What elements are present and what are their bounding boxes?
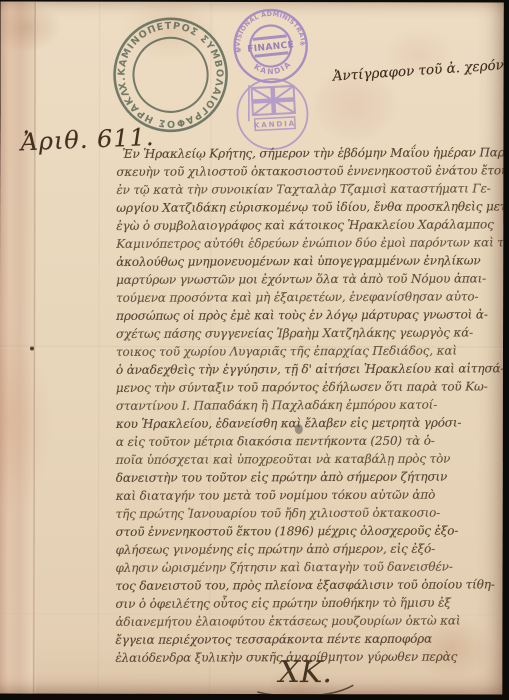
manuscript-line: σχέτως πάσης συγγενείας Ἰβραὴμ Χατζηλάκη… bbox=[116, 325, 502, 342]
manuscript-line: τος δανειστοῦ του, πρὸς πλείονα ἐξασφάλι… bbox=[115, 577, 501, 594]
finance-star-left: ✻ bbox=[236, 47, 242, 54]
manuscript-line: σκευὴν τοῦ χιλιοστοῦ ὀκτακοσιοστοῦ ἐννεν… bbox=[116, 163, 502, 180]
manuscript-line: ἐγὼ ὁ συμβολαιογράφος καὶ κάτοικος Ἡρακλ… bbox=[116, 217, 502, 234]
manuscript-line: ἐν τῷ κατὰ τὴν συνοικίαν Ταχταλὰρ Τζαμισ… bbox=[116, 181, 502, 198]
manuscript-line: Ἐν Ἡρακλείῳ Κρήτης, σήμερον τὴν ἑβδόμην … bbox=[122, 145, 503, 162]
finance-star-right: ✻ bbox=[299, 41, 305, 48]
ink-spot bbox=[30, 347, 34, 351]
manuscript-line: α εἰς τοῦτον μέτρια διακόσια πεντήκοντα … bbox=[116, 433, 502, 450]
manuscript-line: φλήσεως γινομένης εἰς πρώτην ἀπὸ σήμερον… bbox=[116, 541, 502, 558]
monogram-initials: ΧΚ. bbox=[277, 655, 332, 690]
fold-crease-vertical bbox=[97, 2, 100, 694]
manuscript-line: τοικος τοῦ χωρίου Λυγαριᾶς τῆς ἐπαρχίας … bbox=[116, 343, 502, 360]
manuscript-line: κου Ἡρακλείου, ἐδανείσθη καὶ ἔλαβεν εἰς … bbox=[116, 415, 502, 432]
manuscript-line: Καμινόπετρος αὐτόθι ἑδρεύων ἐνώπιον δύο … bbox=[116, 235, 502, 252]
manuscript-line: μαρτύρων γνωστῶν μοι ἐχόντων ὅλα τὰ ἀπὸ … bbox=[116, 271, 502, 288]
manuscript-line: στοῦ ἐννενηκοστοῦ ἕκτου (1896) μέχρις ὁλ… bbox=[116, 523, 502, 540]
union-jack-flag-icon bbox=[247, 83, 295, 121]
scanned-document: Χ.ΚΑΜΙΝΟΠΕΤΡΟΣ ΣΥΜΒΟΛΑΙΟΓΡΑΦΟΣ ΗΡΑΚΛΕΙΩ … bbox=[0, 0, 509, 700]
finance-bar-top bbox=[253, 36, 287, 39]
manuscript-line: σταντίνου Ι. Παπαδάκη ἢ Παχλαδάκη ἐμπόρο… bbox=[116, 397, 502, 414]
manuscript-line: ὁ ἀναδεχθεὶς τὴν ἐγγύησιν, τῇ δ' αἰτήσει… bbox=[116, 361, 502, 378]
manuscript-line: μενος τὴν σύνταξιν τοῦ παρόντος ἐδήλωσεν… bbox=[116, 379, 502, 396]
manuscript-line: φλησιν ὡρισμένην ζήτησιν καὶ διαταγὴν το… bbox=[116, 559, 502, 576]
manuscript-line: ἀκολούθως μνημονευομένων καὶ ὑπογεγραμμέ… bbox=[116, 253, 502, 270]
manuscript-line: δανειστὴν του τοῦτον εἰς πρώτην ἀπὸ σήμε… bbox=[116, 469, 502, 486]
manuscript-line: τῆς πρώτης Ἰανουαρίου τοῦ ἤδη χιλιοστοῦ … bbox=[116, 505, 502, 522]
manuscript-line: προσώπως οἱ πρὸς ἐμὲ καὶ τοὺς ἐν λόγῳ μά… bbox=[116, 307, 502, 324]
document-page: Χ.ΚΑΜΙΝΟΠΕΤΡΟΣ ΣΥΜΒΟΛΑΙΟΓΡΑΦΟΣ ΗΡΑΚΛΕΙΩ … bbox=[0, 1, 504, 694]
manuscript-line: τούμενα προσόντα καὶ μὴ ἐξαιρετέων, ἐνεφ… bbox=[116, 289, 502, 306]
kandia-flag-stamp: KANDIA bbox=[231, 74, 315, 156]
manuscript-line: ἀδιανεμήτου ἐλαιοφύτου ἐκτάσεως μουζουρί… bbox=[115, 613, 501, 630]
manuscript-line: ωργίου Χατζιδάκη εὑρισκομένῳ τοῦ ἰδίου, … bbox=[116, 199, 502, 216]
manuscript-line: σιν ὁ ὀφειλέτης οὗτος εἰς πρώτην ὑποθήκη… bbox=[115, 595, 501, 612]
manuscript-line: καὶ διαταγήν του μετὰ τοῦ νομίμου τόκου … bbox=[116, 487, 502, 504]
manuscript-line: ἔγγεια περιέχοντος τεσσαράκοντα πέντε κα… bbox=[115, 631, 501, 648]
manuscript-text-block: Ἐν Ἡρακλείῳ Κρήτης, σήμερον τὴν ἑβδόμην … bbox=[1, 1, 504, 2]
manuscript-line: ποῖα ὑπόσχεται καὶ ὑποχρεοῦται νὰ καταβά… bbox=[116, 451, 502, 468]
notary-monogram: ΧΚ. bbox=[247, 654, 363, 695]
ink-spot bbox=[295, 424, 303, 434]
flag-cross-horizontal bbox=[252, 99, 294, 101]
